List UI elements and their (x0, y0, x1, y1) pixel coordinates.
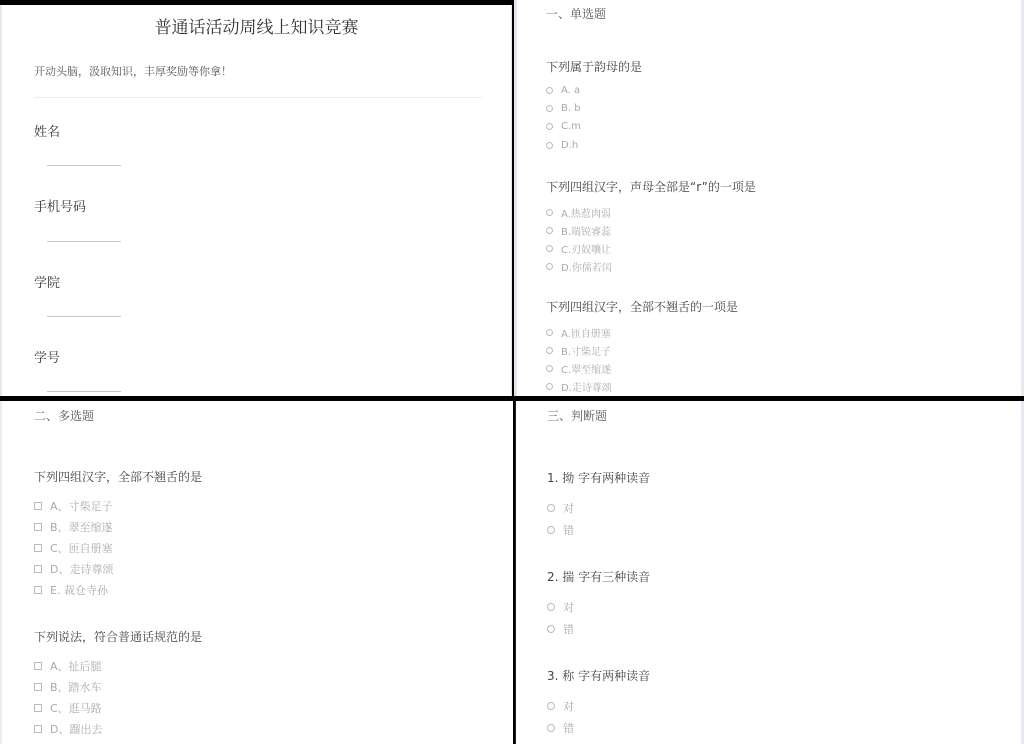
option-checkbox[interactable]: C、匝自册塞 (34, 540, 113, 556)
option-radio[interactable]: B. b (546, 103, 581, 114)
question-title: 下列属于韵母的是 (546, 58, 642, 75)
divider (34, 97, 482, 98)
true-false-panel: 三、判断题 1. 拗 字有两种读音 对 错 2. 揣 字有三种读音 对 错 3.… (515, 401, 1024, 744)
option-label: 错 (563, 621, 574, 637)
radio-icon[interactable] (546, 142, 553, 149)
radio-icon[interactable] (546, 123, 553, 130)
option-label: B.寸柴足子 (561, 343, 611, 358)
radio-icon[interactable] (546, 365, 553, 372)
radio-icon[interactable] (546, 87, 553, 94)
question-title: 下列四组汉字，全部不翘舌的是 (34, 468, 202, 485)
option-checkbox[interactable]: D、走诗尊颂 (34, 561, 113, 577)
radio-icon[interactable] (546, 209, 553, 216)
single-choice-heading: 一、单选题 (546, 5, 606, 22)
option-label: A.热惹肉弱 (561, 205, 611, 220)
question-title: 下列四组汉字，声母全部是“r”的一项是 (546, 178, 756, 195)
option-radio[interactable]: D.你儒若闰 (546, 259, 612, 274)
option-label: C.m (561, 121, 581, 132)
option-checkbox[interactable]: A、寸柴足子 (34, 498, 113, 514)
option-radio[interactable]: 对 (547, 698, 574, 714)
option-label: E. 裁仓寺孙 (50, 582, 108, 598)
phone-input[interactable] (47, 227, 121, 242)
option-radio[interactable]: A.热惹肉弱 (546, 205, 611, 220)
radio-icon[interactable] (547, 603, 555, 611)
question-title: 1. 拗 字有两种读音 (547, 469, 650, 486)
multiple-choice-heading: 二、多选题 (34, 407, 94, 424)
option-label: C.刃奴嚷让 (561, 241, 611, 256)
option-label: 对 (563, 500, 574, 516)
option-label: B、踏水车 (50, 679, 102, 695)
option-radio[interactable]: 错 (547, 621, 574, 637)
option-label: B. b (561, 103, 581, 114)
option-label: D、蹓出去 (50, 721, 102, 737)
checkbox-icon[interactable] (34, 662, 42, 670)
question-title: 3. 称 字有两种读音 (547, 667, 650, 684)
question-title: 2. 揣 字有三种读音 (547, 568, 650, 585)
form-title: 普通话活动周线上知识竞赛 (2, 13, 511, 38)
option-label: 对 (563, 698, 574, 714)
option-radio[interactable]: A.匝自册塞 (546, 325, 611, 340)
option-checkbox[interactable]: B、踏水车 (34, 679, 102, 695)
option-checkbox[interactable]: E. 裁仓寺孙 (34, 582, 108, 598)
name-label: 姓名 (34, 121, 60, 140)
option-radio[interactable]: D.h (546, 140, 578, 151)
college-label: 学院 (34, 272, 60, 291)
radio-icon[interactable] (547, 724, 555, 732)
option-label: D、走诗尊颂 (50, 561, 113, 577)
radio-icon[interactable] (547, 504, 555, 512)
radio-icon[interactable] (546, 105, 553, 112)
option-checkbox[interactable]: D、蹓出去 (34, 721, 102, 737)
multiple-choice-panel: 二、多选题 下列四组汉字，全部不翘舌的是 A、寸柴足子 B、翠至缩遂 C、匝自册… (0, 401, 513, 744)
option-label: 错 (563, 522, 574, 538)
radio-icon[interactable] (547, 625, 555, 633)
option-radio[interactable]: 错 (547, 720, 574, 736)
radio-icon[interactable] (546, 263, 553, 270)
radio-icon[interactable] (546, 383, 553, 390)
student-id-label: 学号 (34, 347, 60, 366)
option-label: 错 (563, 720, 574, 736)
phone-label: 手机号码 (34, 196, 86, 215)
option-checkbox[interactable]: B、翠至缩遂 (34, 519, 113, 535)
option-label: D.h (561, 140, 578, 151)
option-radio[interactable]: 对 (547, 500, 574, 516)
option-radio[interactable]: 对 (547, 599, 574, 615)
radio-icon[interactable] (546, 245, 553, 252)
option-label: D.你儒若闰 (561, 259, 612, 274)
option-radio[interactable]: B.瑞锐睿蕊 (546, 223, 611, 238)
option-radio[interactable]: 错 (547, 522, 574, 538)
option-label: A、扯后腿 (50, 658, 102, 674)
option-checkbox[interactable]: A、扯后腿 (34, 658, 102, 674)
question-title: 下列说法，符合普通话规范的是 (34, 628, 202, 645)
option-label: D.走诗尊颂 (561, 379, 612, 394)
option-radio[interactable]: C.刃奴嚷让 (546, 241, 611, 256)
checkbox-icon[interactable] (34, 565, 42, 573)
option-label: C、匝自册塞 (50, 540, 113, 556)
option-radio[interactable]: D.走诗尊颂 (546, 379, 612, 394)
radio-icon[interactable] (547, 526, 555, 534)
option-label: C、逛马路 (50, 700, 102, 716)
checkbox-icon[interactable] (34, 725, 42, 733)
student-id-input[interactable] (47, 377, 121, 392)
option-radio[interactable]: C.翠至缩遂 (546, 361, 611, 376)
name-input[interactable] (47, 151, 121, 166)
option-radio[interactable]: C.m (546, 121, 581, 132)
checkbox-icon[interactable] (34, 544, 42, 552)
option-label: A、寸柴足子 (50, 498, 113, 514)
option-radio[interactable]: A. a (546, 85, 580, 96)
option-label: A. a (561, 85, 580, 96)
single-choice-panel: 一、单选题 下列属于韵母的是 A. a B. b C.m D.h 下列四组汉字，… (514, 0, 1024, 396)
option-radio[interactable]: B.寸柴足子 (546, 343, 611, 358)
college-input[interactable] (47, 302, 121, 317)
option-label: A.匝自册塞 (561, 325, 611, 340)
checkbox-icon[interactable] (34, 683, 42, 691)
option-label: 对 (563, 599, 574, 615)
radio-icon[interactable] (546, 227, 553, 234)
option-checkbox[interactable]: C、逛马路 (34, 700, 102, 716)
radio-icon[interactable] (546, 347, 553, 354)
radio-icon[interactable] (546, 329, 553, 336)
info-panel: 普通话活动周线上知识竞赛 开动头脑，汲取知识，丰厚奖励等你拿！ 姓名 手机号码 … (0, 5, 512, 396)
true-false-heading: 三、判断题 (547, 407, 607, 424)
checkbox-icon[interactable] (34, 523, 42, 531)
option-label: B、翠至缩遂 (50, 519, 113, 535)
question-title: 下列四组汉字，全部不翘舌的一项是 (546, 298, 738, 315)
form-subtitle: 开动头脑，汲取知识，丰厚奖励等你拿！ (34, 63, 232, 79)
checkbox-icon[interactable] (34, 704, 42, 712)
checkbox-icon[interactable] (34, 586, 42, 594)
checkbox-icon[interactable] (34, 502, 42, 510)
option-label: C.翠至缩遂 (561, 361, 611, 376)
radio-icon[interactable] (547, 702, 555, 710)
option-label: B.瑞锐睿蕊 (561, 223, 611, 238)
